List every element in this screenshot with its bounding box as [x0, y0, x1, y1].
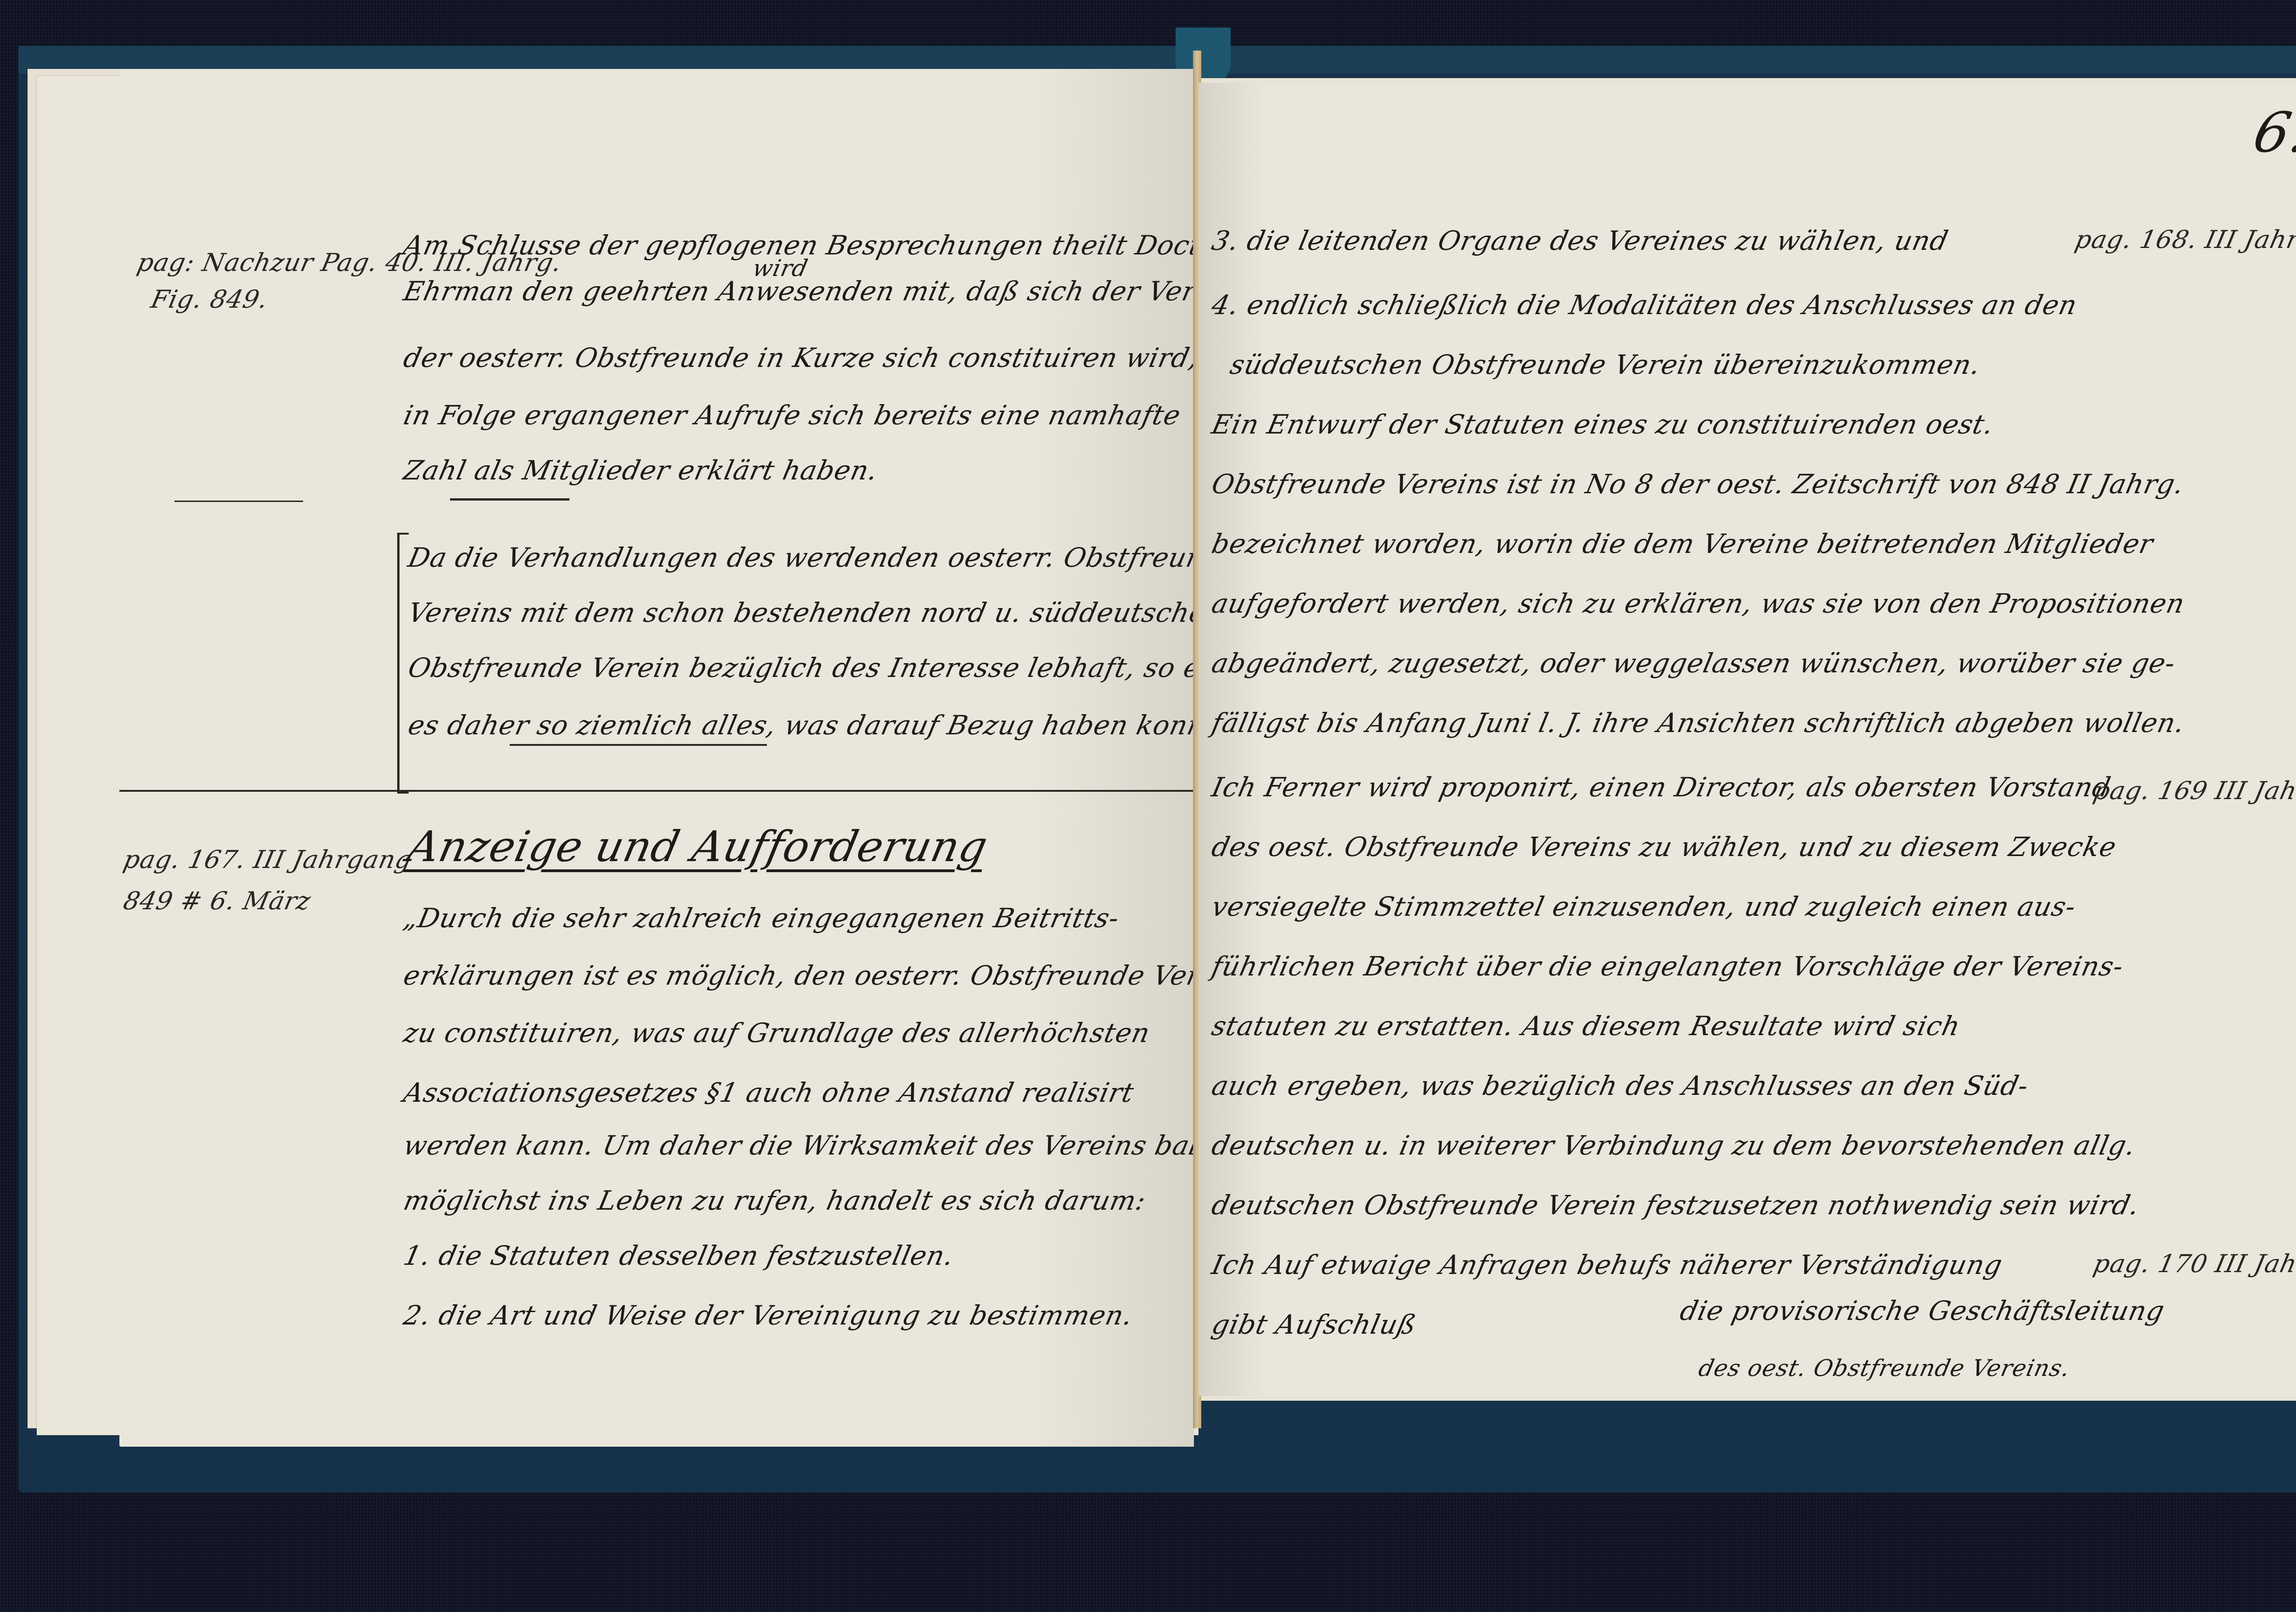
- paragraph4-line6: auch ergeben, was bezüglich des Anschlus…: [1209, 1070, 2032, 1101]
- paragraph5-line2: gibt Aufschluß: [1209, 1309, 1419, 1340]
- bracket-line2: Vereins mit dem schon bestehenden nord u…: [405, 597, 1227, 628]
- paragraph2-line3: zu constituiren, was auf Grundlage des a…: [401, 1017, 1153, 1048]
- list-item-4: 4. endlich schließlich die Modalitäten d…: [1209, 289, 2080, 321]
- margin-note-170: pag. 170 III Jahrg. 849.: [2091, 1249, 2296, 1278]
- margin-note-2-line1: pag. 167. III Jahrgang: [121, 845, 415, 874]
- paragraph3-line3: bezeichnet worden, worin die dem Vereine…: [1209, 528, 2156, 559]
- paragraph4-line4: führlichen Bericht über die eingelangten…: [1209, 951, 2127, 982]
- paragraph4-line2: des oest. Obstfreunde Vereins zu wählen,…: [1209, 831, 2120, 862]
- section-heading: Anzeige und Aufforderung: [404, 822, 992, 871]
- bracket-line3: Obstfreunde Verein bezüglich des Interes…: [405, 652, 1318, 683]
- paragraph3-line1: Ein Entwurf der Statuten eines zu consti…: [1209, 409, 1997, 440]
- paragraph3-line6: fälligst bis Anfang Juni l. J. ihre Ansi…: [1209, 707, 2188, 738]
- paragraph4-line5: statuten zu erstatten. Aus diesem Result…: [1209, 1010, 1964, 1042]
- signature-line1: die provisorische Geschäftsleitung: [1677, 1295, 2167, 1326]
- paragraph3-line5: abgeändert, zugesetzt, oder weggelassen …: [1209, 648, 2178, 679]
- paragraph4-line1: Ich Ferner wird proponirt, einen Directo…: [1209, 772, 2114, 803]
- paragraph4-line3: versiegelte Stimmzettel einzusenden, und…: [1209, 891, 2079, 922]
- paragraph4-line7: deutschen u. in weiterer Verbindung zu d…: [1209, 1130, 2138, 1161]
- paragraph2-line6: möglichst ins Leben zu rufen, handelt es…: [401, 1185, 1149, 1216]
- paragraph4-line8: deutschen Obstfreunde Verein festzusetze…: [1209, 1189, 2143, 1221]
- paragraph2-line1: „Durch die sehr zahlreich eingegangenen …: [401, 902, 1122, 934]
- paragraph2-line8: 2. die Art und Weise der Vereinigung zu …: [401, 1300, 1136, 1331]
- paragraph1-line4: in Folge ergangener Aufrufe sich bereits…: [401, 400, 1184, 431]
- paragraph3-line2: Obstfreunde Vereins ist in No 8 der oest…: [1209, 468, 2187, 500]
- separator-rule: [450, 498, 569, 501]
- list-item-4-cont: süddeutschen Obstfreunde Verein übereinz…: [1227, 349, 1984, 380]
- paragraph3-line4: aufgefordert werden, sich zu erklären, w…: [1209, 588, 2188, 619]
- separator-short: [174, 501, 303, 502]
- bracket-underline: [510, 744, 767, 746]
- signature-line2: des oest. Obstfreunde Vereins.: [1696, 1355, 2073, 1381]
- list-item-3: 3. die leitenden Organe des Vereines zu …: [1209, 225, 1951, 256]
- paragraph2-line4: Associationsgesetzes §1 auch ohne Anstan…: [401, 1077, 1137, 1108]
- paragraph2-line7: 1. die Statuten desselben festzustellen.: [401, 1240, 957, 1271]
- paragraph1-line1: Am Schlusse der gepflogenen Besprechunge…: [401, 230, 1234, 261]
- margin-note-169: pag. 169 III Jahrg. 849.: [2091, 776, 2296, 805]
- bracket-line4: es daher so ziemlich alles, was darauf B…: [405, 710, 1245, 741]
- paragraph1-line2: Ehrman den geehrten Anwesenden mit, daß …: [401, 276, 1242, 307]
- section-divider: [119, 790, 1194, 792]
- paragraph5-line1: Ich Auf etwaige Anfragen behufs näherer …: [1209, 1249, 2005, 1280]
- margin-note-1-line2: Fig. 849.: [148, 285, 270, 314]
- paragraph2-line2: erklärungen ist es möglich, den oesterr.…: [401, 960, 1246, 991]
- paragraph1-line5: Zahl als Mitglieder erklärt haben.: [401, 455, 881, 486]
- bracket-line1: Da die Verhandlungen des werdenden oeste…: [405, 542, 1241, 573]
- paragraph1-line3: der oesterr. Obstfreunde in Kurze sich c…: [401, 342, 1244, 373]
- margin-note-168: pag. 168. III Jahrg. 849: [2072, 225, 2296, 254]
- margin-note-2-line2: 849 # 6. März: [121, 886, 313, 915]
- paragraph2-line5: werden kann. Um daher die Wirksamkeit de…: [401, 1130, 1219, 1161]
